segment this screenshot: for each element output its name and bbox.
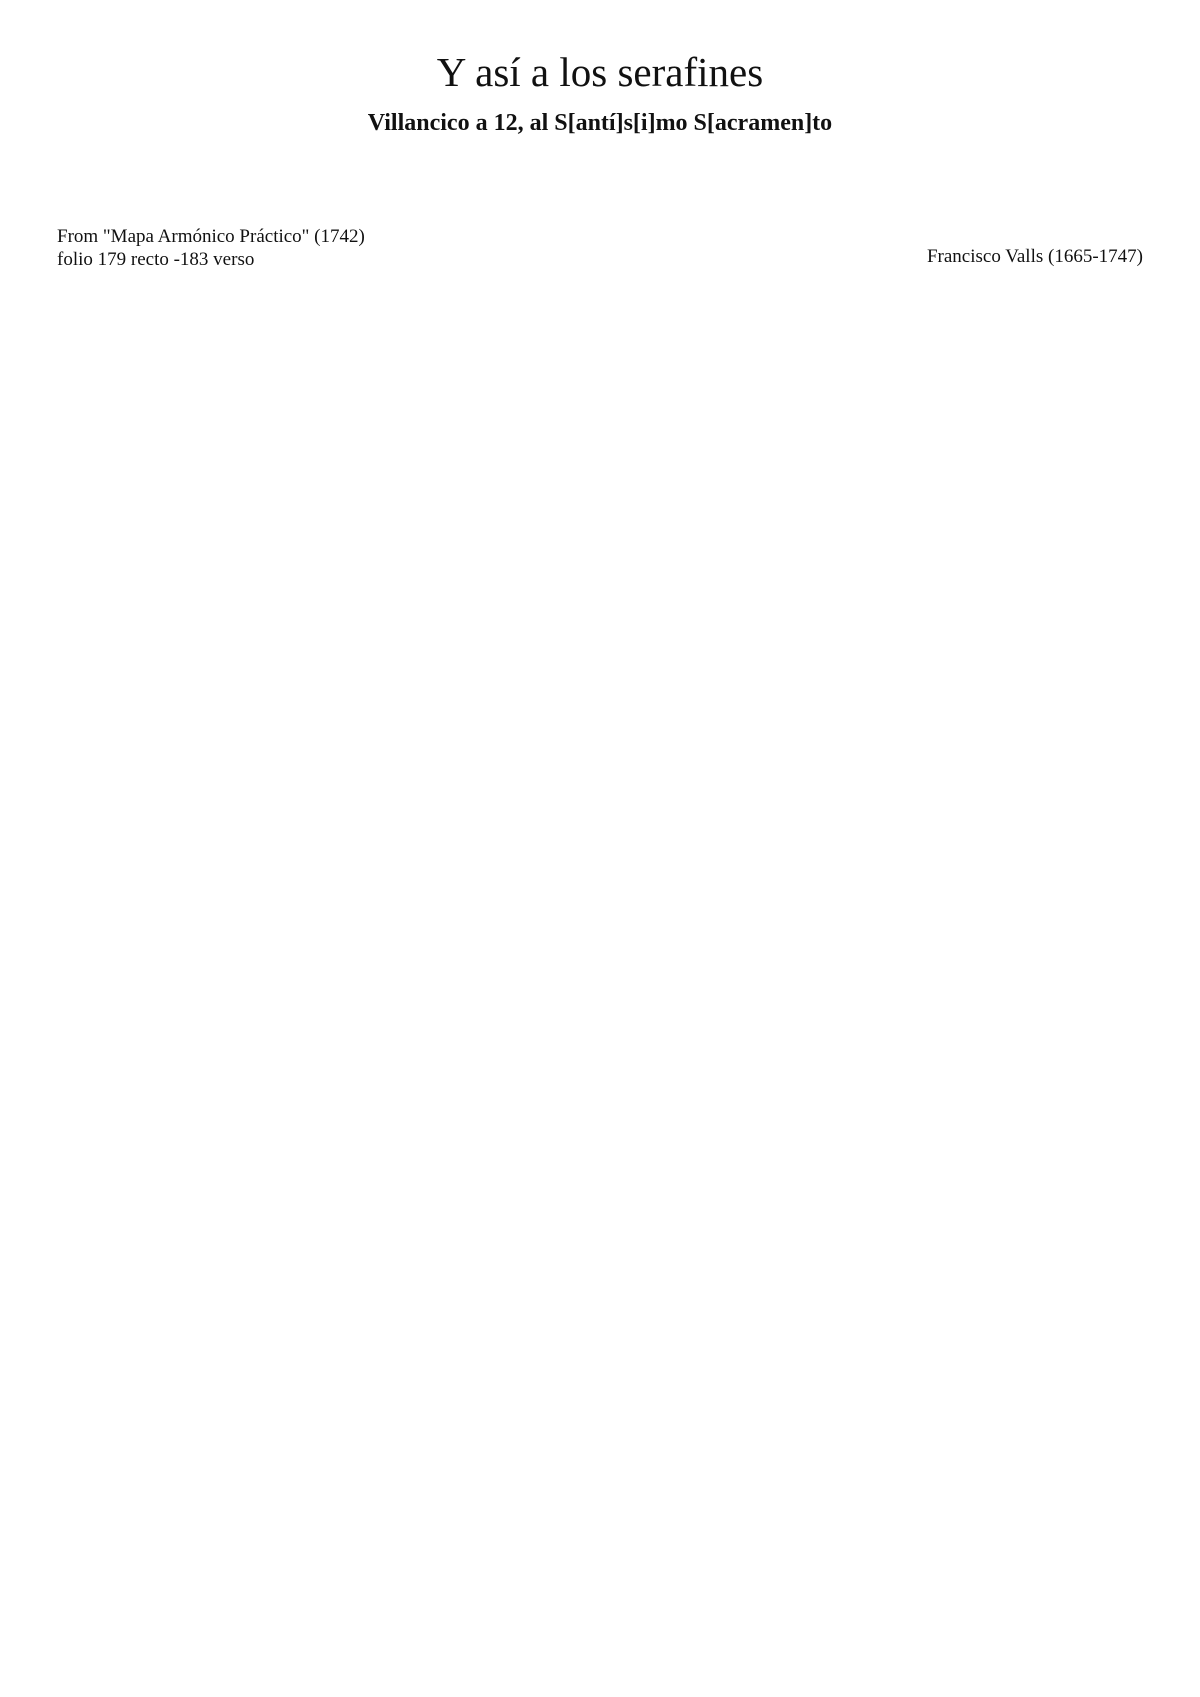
page-subtitle: Villancico a 12, al S[antí]s[i]mo S[acra… <box>0 108 1200 138</box>
source-folio: folio 179 recto -183 verso <box>57 248 365 271</box>
source-info: From "Mapa Armónico Práctico" (1742) fol… <box>57 225 365 271</box>
composer-credit: Francisco Valls (1665-1747) <box>927 245 1143 268</box>
page-title: Y así a los serafines <box>0 46 1200 98</box>
source-publication: From "Mapa Armónico Práctico" (1742) <box>57 225 365 248</box>
